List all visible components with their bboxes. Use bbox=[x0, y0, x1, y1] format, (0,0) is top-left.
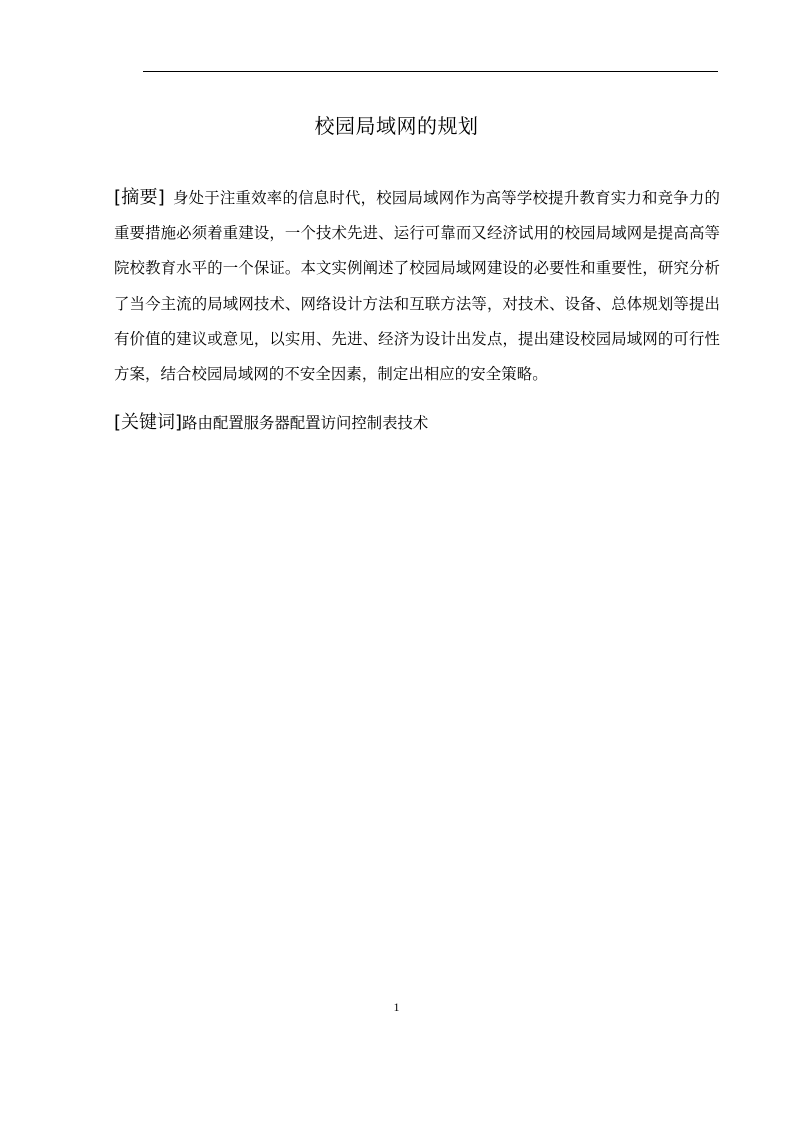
abstract-paragraph: [摘要]身处于注重效率的信息时代，校园局域网作为高等学校提升教育实力和竞争力的重… bbox=[114, 180, 720, 392]
page-number: 1 bbox=[0, 1000, 793, 1015]
header-rule bbox=[143, 71, 718, 72]
keywords-label: [关键词] bbox=[114, 412, 182, 433]
document-title: 校园局域网的规划 bbox=[0, 110, 793, 139]
keywords-paragraph: [关键词]路由配置服务器配置访问控制表技术 bbox=[114, 408, 720, 438]
keywords-text: 路由配置服务器配置访问控制表技术 bbox=[182, 414, 428, 432]
abstract-label: [摘要] bbox=[114, 187, 165, 208]
abstract-text: 身处于注重效率的信息时代，校园局域网作为高等学校提升教育实力和竞争力的重要措施必… bbox=[114, 189, 720, 383]
